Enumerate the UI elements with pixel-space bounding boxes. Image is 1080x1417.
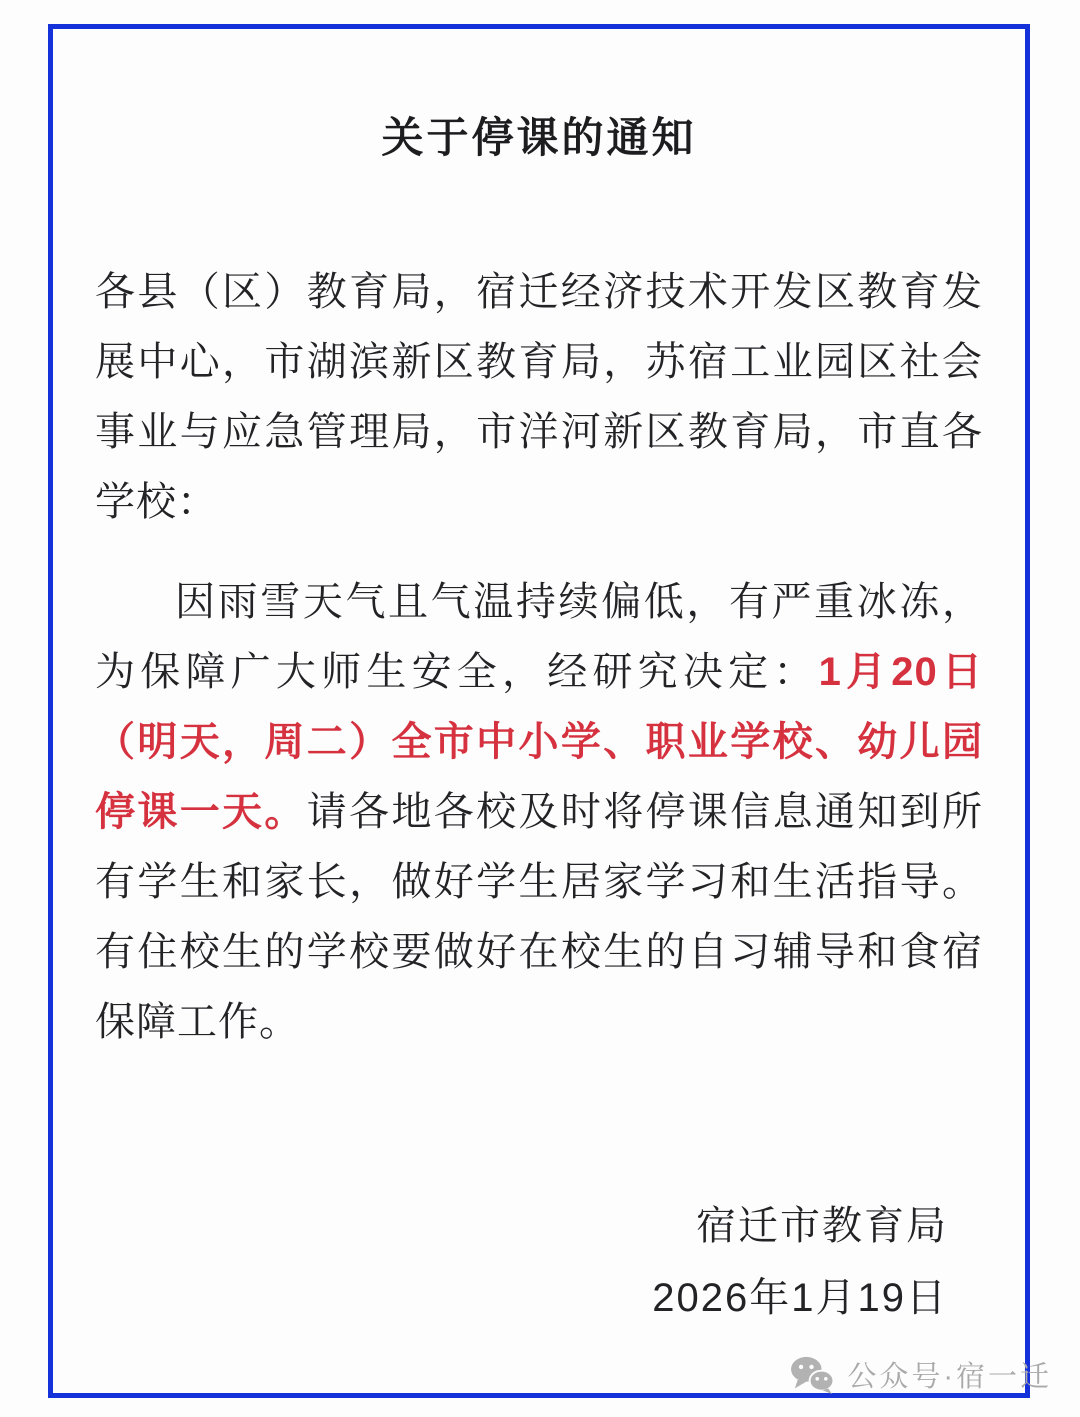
wechat-icon [789, 1355, 835, 1395]
watermark-label: 公众号·宿一迁 [847, 1354, 1052, 1395]
notice-frame: 关于停课的通知 各县（区）教育局，宿迁经济技术开发区教育发展中心，市湖滨新区教育… [48, 24, 1030, 1398]
notice-content: 关于停课的通知 各县（区）教育局，宿迁经济技术开发区教育发展中心，市湖滨新区教育… [53, 105, 1025, 1334]
issuer-name: 宿迁市教育局 [95, 1190, 948, 1262]
issue-date: 2026年1月19日 [95, 1262, 948, 1334]
signature-block: 宿迁市教育局 2026年1月19日 [95, 1190, 983, 1334]
body-paragraph: 因雨雪天气且气温持续偏低，有严重冰冻，为保障广大师生安全，经研究决定：1月20日… [95, 567, 983, 1057]
notice-title: 关于停课的通知 [95, 105, 983, 165]
watermark: 公众号·宿一迁 [789, 1354, 1052, 1395]
recipients-paragraph: 各县（区）教育局，宿迁经济技术开发区教育发展中心，市湖滨新区教育局，苏宿工业园区… [95, 257, 983, 537]
